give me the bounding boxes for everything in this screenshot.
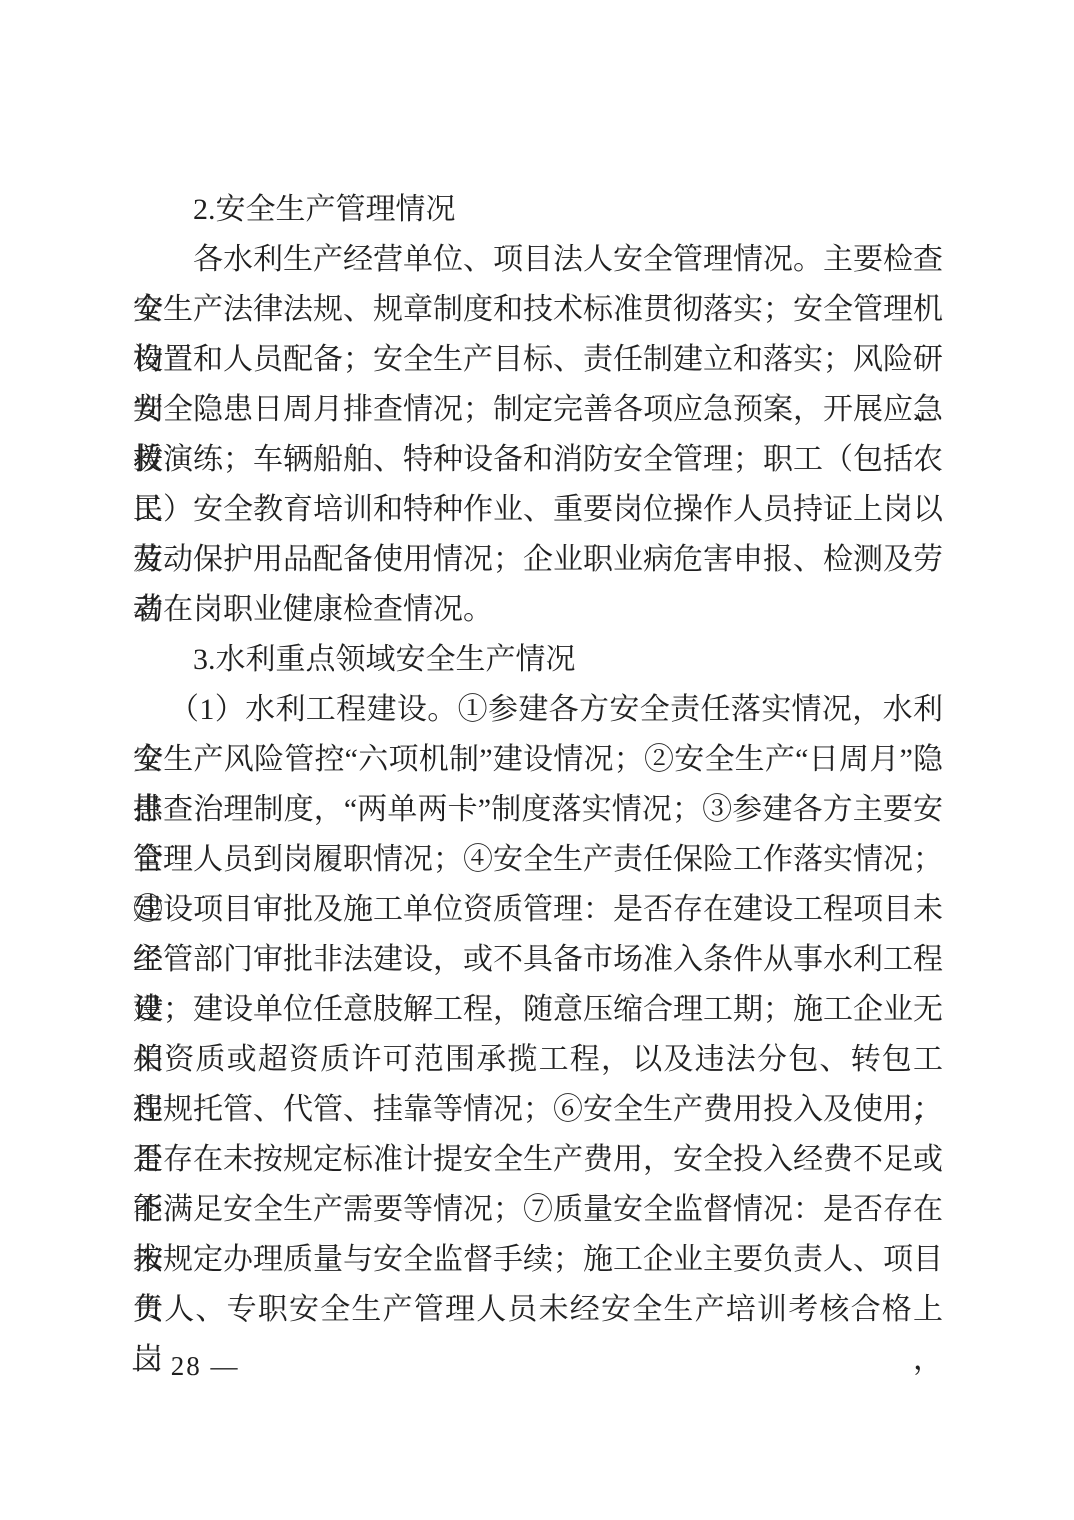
text-line: 能满足安全生产需要等情况；⑦质量安全监督情况：是否存在未 bbox=[133, 1185, 943, 1235]
text-line: 否存在未按规定标准计提安全生产费用，安全投入经费不足或不 bbox=[133, 1135, 943, 1185]
text-line: 关资质或超资质许可范围承揽工程，以及违法分包、转包工程， bbox=[133, 1035, 943, 1085]
text-line: 各水利生产经营单位、项目法人安全管理情况。主要检查安 bbox=[133, 235, 943, 285]
section-heading: 3.水利重点领域安全生产情况 bbox=[133, 635, 943, 685]
text-line: （1）水利工程建设。①参建各方安全责任落实情况，水利安 bbox=[133, 685, 943, 735]
section-heading: 2.安全生产管理情况 bbox=[133, 185, 943, 235]
text-line: 管理人员到岗履职情况；④安全生产责任保险工作落实情况；⑤ bbox=[133, 835, 943, 885]
text-line: 劳动保护用品配备使用情况；企业职业病危害申报、检测及劳动 bbox=[133, 535, 943, 585]
text-line: 工）安全教育培训和特种作业、重要岗位操作人员持证上岗以及 bbox=[133, 485, 943, 535]
text-line: 建设项目审批及施工单位资质管理：是否存在建设工程项目未经 bbox=[133, 885, 943, 935]
text-line: 援演练；车辆船舶、特种设备和消防安全管理；职工（包括农民 bbox=[133, 435, 943, 485]
text-line: 责人、专职安全生产管理人员未经安全生产培训考核合格上岗， bbox=[133, 1285, 943, 1335]
page-number: — 28 — bbox=[133, 1346, 240, 1386]
text-line: 者在岗职业健康检查情况。 bbox=[133, 585, 943, 635]
text-line: 设；建设单位任意肢解工程，随意压缩合理工期；施工企业无相 bbox=[133, 985, 943, 1035]
text-line: 主管部门审批非法建设，或不具备市场准入条件从事水利工程建 bbox=[133, 935, 943, 985]
text-line: 全生产风险管控“六项机制”建设情况；②安全生产“日周月”隐患 bbox=[133, 735, 943, 785]
text-line: 安全隐患日周月排查情况；制定完善各项应急预案，开展应急救 bbox=[133, 385, 943, 435]
text-line: 排查治理制度，“两单两卡”制度落实情况；③参建各方主要安全 bbox=[133, 785, 943, 835]
text-line: 按规定办理质量与安全监督手续；施工企业主要负责人、项目负 bbox=[133, 1235, 943, 1285]
text-line: 设置和人员配备；安全生产目标、责任制建立和落实；风险研判、 bbox=[133, 335, 943, 385]
text-line: 全生产法律法规、规章制度和技术标准贯彻落实；安全管理机构 bbox=[133, 285, 943, 335]
text-line: 违规托管、代管、挂靠等情况；⑥安全生产费用投入及使用：是 bbox=[133, 1085, 943, 1135]
document-body: 2.安全生产管理情况各水利生产经营单位、项目法人安全管理情况。主要检查安全生产法… bbox=[133, 185, 943, 1335]
document-page: 2.安全生产管理情况各水利生产经营单位、项目法人安全管理情况。主要检查安全生产法… bbox=[0, 0, 1074, 1520]
